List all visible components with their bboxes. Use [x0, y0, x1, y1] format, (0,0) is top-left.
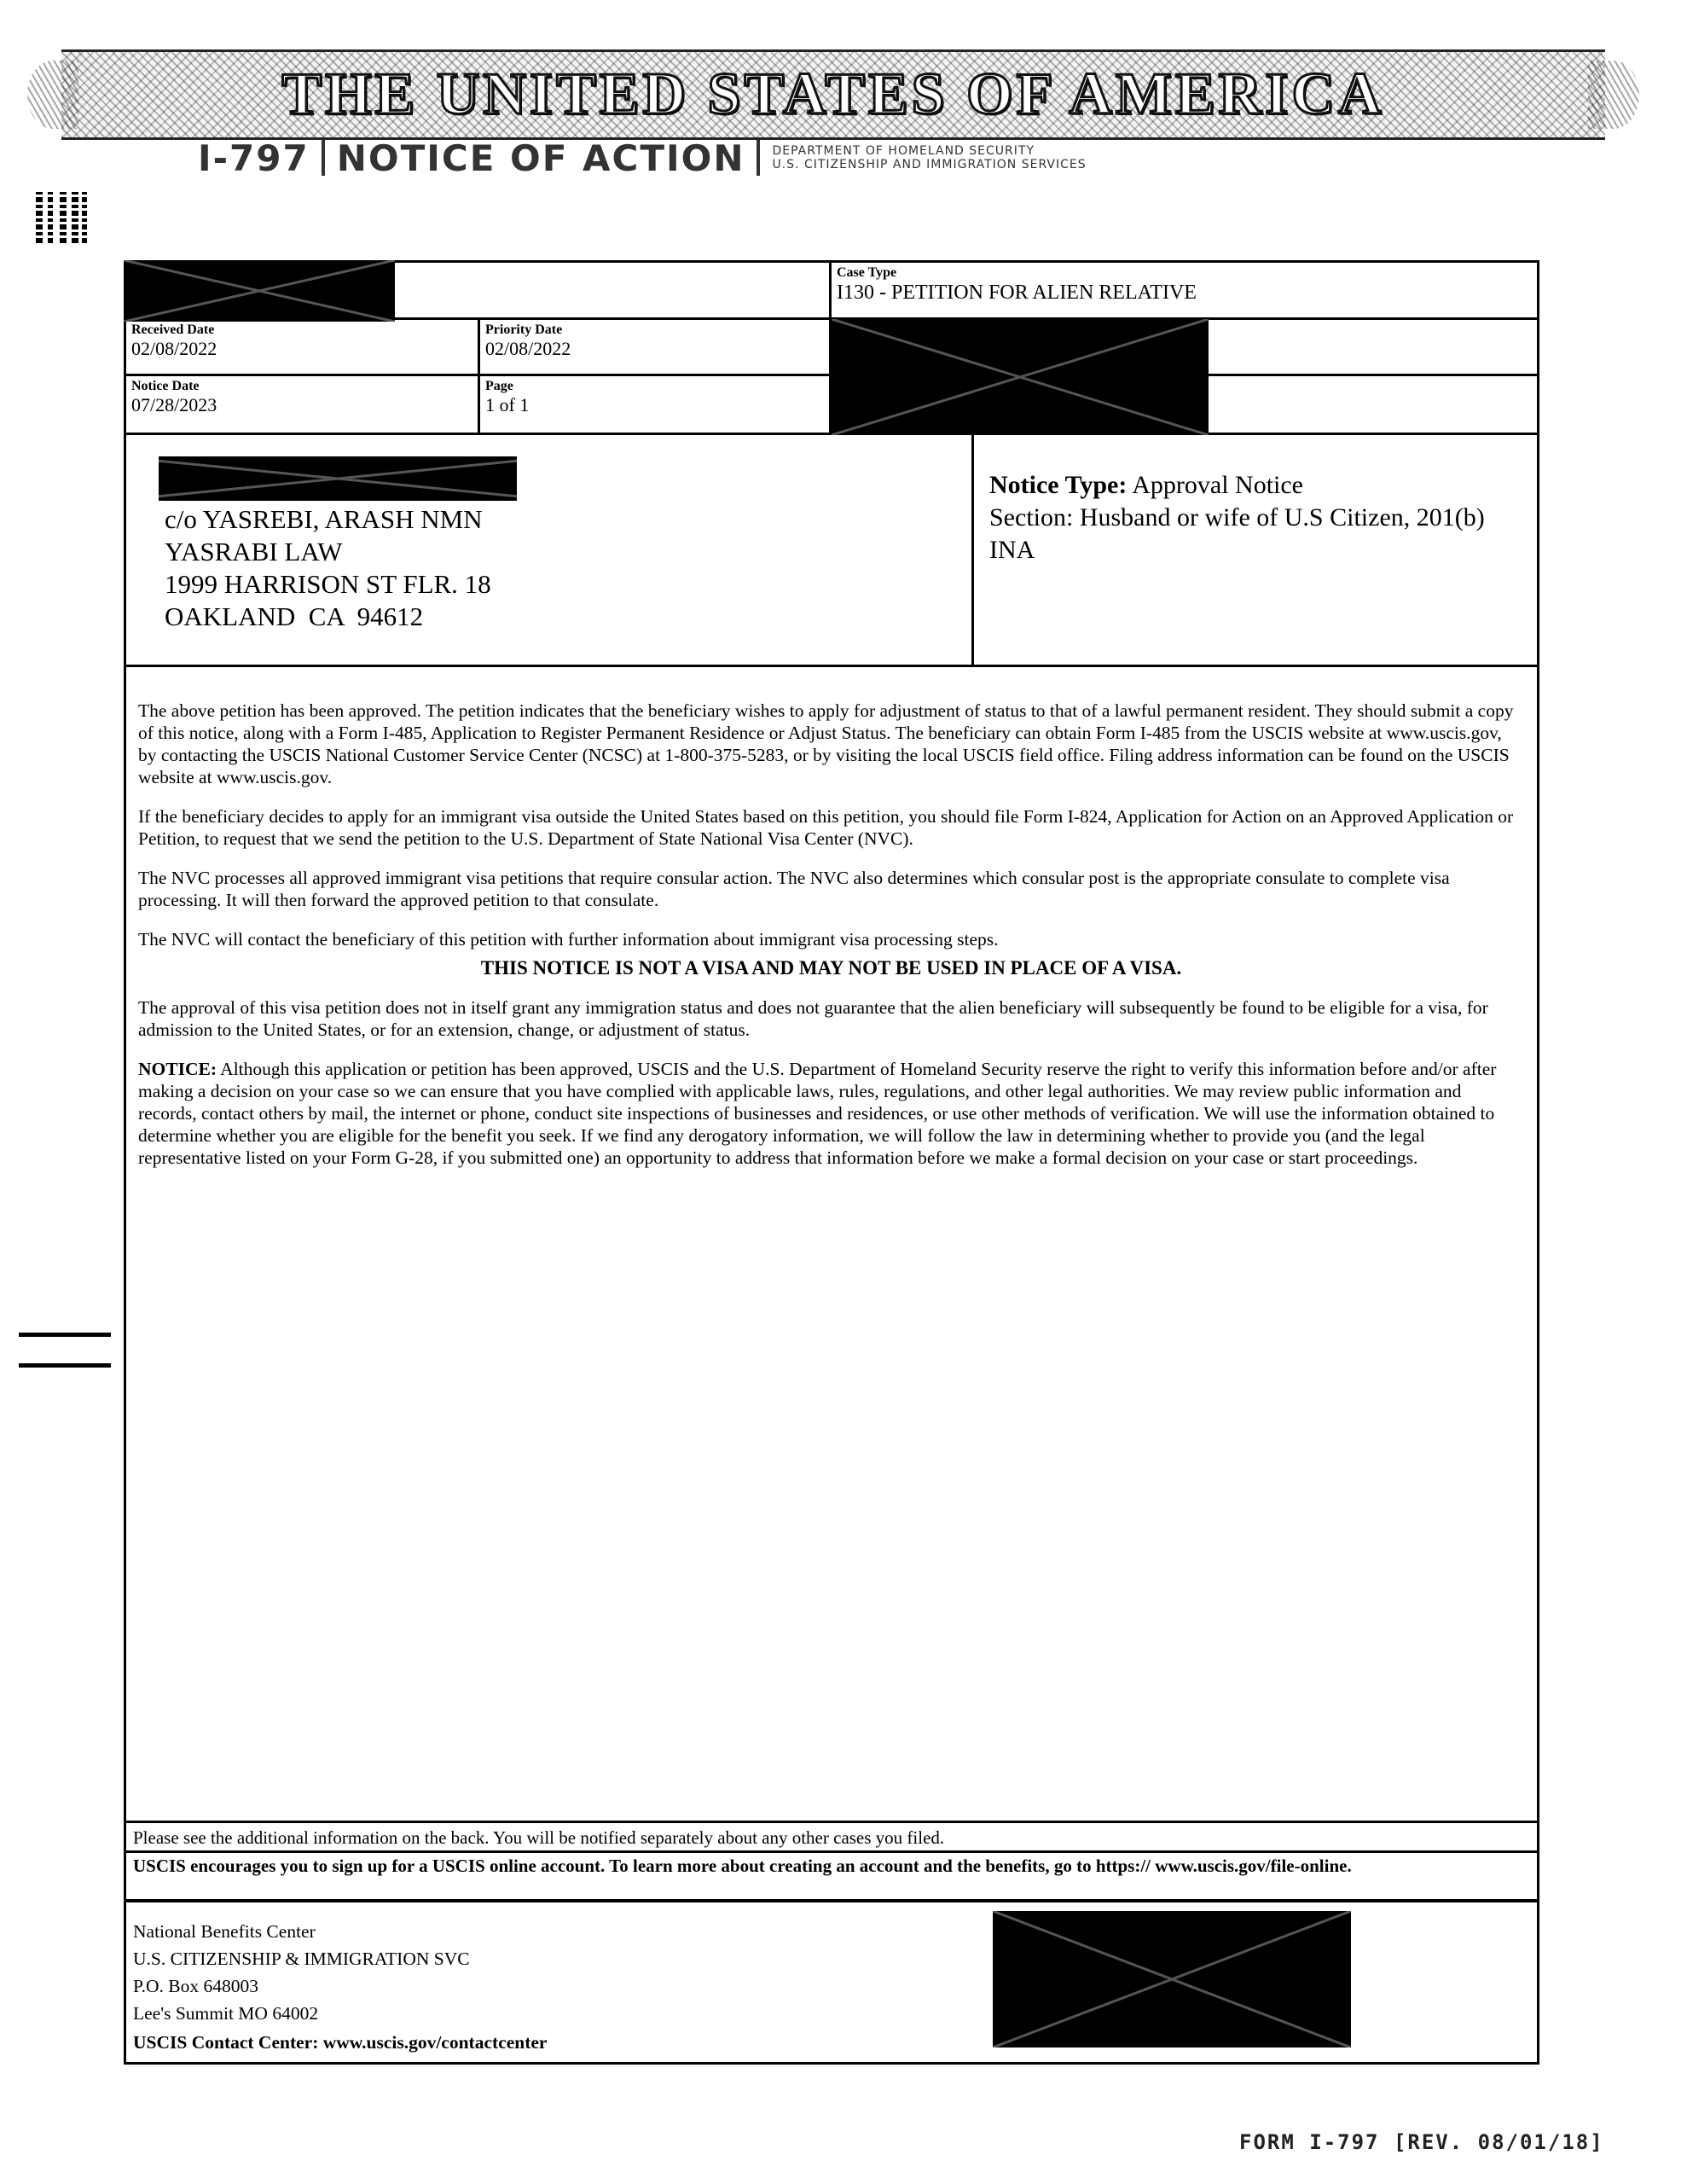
received-date-value: 02/08/2022	[131, 338, 472, 360]
notice-type-value: Approval Notice	[1132, 471, 1303, 499]
office-address: National Benefits Center U.S. CITIZENSHI…	[133, 1918, 470, 2027]
notice-body: The above petition has been approved. Th…	[138, 700, 1524, 1186]
body-paragraph: The NVC processes all approved immigrant…	[138, 867, 1524, 911]
department-line-2: U.S. Citizenship and Immigration Service…	[772, 158, 1086, 171]
office-address-row: National Benefits Center U.S. CITIZENSHI…	[126, 1899, 1537, 2062]
received-date-label: Received Date	[131, 322, 472, 338]
page-cell: Page 1 of 1	[478, 376, 829, 433]
notice-form: Case Type I130 - PETITION FOR ALIEN RELA…	[124, 260, 1539, 2065]
notice-date-cell: Notice Date 07/28/2023	[126, 376, 478, 433]
office-barcode-redaction	[993, 1911, 1351, 2047]
address-line: c/o YASREBI, ARASH NMN	[165, 503, 491, 536]
not-a-visa-warning: THIS NOTICE IS NOT A VISA AND MAY NOT BE…	[138, 957, 1524, 979]
divider	[757, 140, 760, 176]
notice-date-value: 07/28/2023	[131, 394, 472, 416]
section-label: Section:	[989, 503, 1073, 531]
datamatrix-barcode-icon	[36, 192, 87, 243]
margin-mark	[19, 1363, 111, 1368]
office-line: U.S. CITIZENSHIP & IMMIGRATION SVC	[133, 1945, 470, 1972]
notice-type-label: Notice Type:	[989, 471, 1127, 499]
notice-type: Notice Type: Approval Notice	[989, 469, 1518, 502]
notice-type-block: Notice Type: Approval Notice Section: Hu…	[989, 469, 1518, 566]
priority-date-label: Priority Date	[485, 322, 824, 338]
form-code: I-797	[198, 137, 310, 179]
online-account-row: USCIS encourages you to sign up for a US…	[126, 1850, 1537, 1899]
page-label: Page	[485, 379, 824, 394]
case-type-label: Case Type	[837, 265, 1532, 281]
approval-disclaimer: The approval of this visa petition does …	[138, 996, 1524, 1041]
section: Section: Husband or wife of U.S Citizen,…	[989, 502, 1518, 566]
office-line: Lee's Summit MO 64002	[133, 2000, 470, 2027]
banner-title: THE UNITED STATES OF AMERICA	[281, 61, 1384, 129]
additional-info-row: Please see the additional information on…	[126, 1821, 1537, 1850]
address-section: c/o YASREBI, ARASH NMN YASRABI LAW 1999 …	[126, 435, 1537, 667]
notice-text: Although this application or petition ha…	[138, 1059, 1496, 1168]
notice-lead: NOTICE:	[138, 1059, 217, 1079]
case-type-value: I130 - PETITION FOR ALIEN RELATIVE	[837, 281, 1532, 305]
form-revision: FORM I-797 [REV. 08/01/18]	[1239, 2130, 1604, 2154]
body-paragraph: The NVC will contact the beneficiary of …	[138, 928, 1524, 950]
received-date-cell: Received Date 02/08/2022	[126, 320, 478, 374]
address-line: YASRABI LAW	[165, 536, 491, 568]
mailing-address: c/o YASREBI, ARASH NMN YASRABI LAW 1999 …	[165, 503, 491, 633]
receipt-number-redaction	[124, 260, 395, 322]
verification-notice: NOTICE: Although this application or pet…	[138, 1058, 1524, 1169]
department-block: Department of Homeland Security U.S. Cit…	[772, 144, 1086, 171]
contact-center-link[interactable]: USCIS Contact Center: www.uscis.gov/cont…	[133, 2032, 547, 2053]
petitioner-beneficiary-redaction	[832, 319, 1209, 435]
body-paragraph: The above petition has been approved. Th…	[138, 700, 1524, 788]
page-value: 1 of 1	[485, 394, 824, 416]
address-line: 1999 HARRISON ST FLR. 18	[165, 568, 491, 601]
department-line-1: Department of Homeland Security	[772, 144, 1086, 158]
body-paragraph: If the beneficiary decides to apply for …	[138, 805, 1524, 850]
office-line: P.O. Box 648003	[133, 1972, 470, 2000]
address-line: OAKLAND CA 94612	[165, 601, 491, 633]
office-line: National Benefits Center	[133, 1918, 470, 1945]
divider	[322, 140, 325, 176]
form-subheader: I-797 NOTICE OF ACTION Department of Hom…	[198, 136, 1087, 179]
form-name: NOTICE OF ACTION	[337, 137, 745, 179]
mailing-address-box: c/o YASREBI, ARASH NMN YASRABI LAW 1999 …	[126, 435, 974, 665]
case-type-cell: Case Type I130 - PETITION FOR ALIEN RELA…	[829, 263, 1537, 317]
header-banner: THE UNITED STATES OF AMERICA	[61, 49, 1605, 140]
notice-date-label: Notice Date	[131, 379, 472, 394]
priority-date-cell: Priority Date 02/08/2022	[478, 320, 829, 374]
margin-mark	[19, 1333, 111, 1337]
addressee-name-redaction	[159, 456, 517, 501]
priority-date-value: 02/08/2022	[485, 338, 824, 360]
